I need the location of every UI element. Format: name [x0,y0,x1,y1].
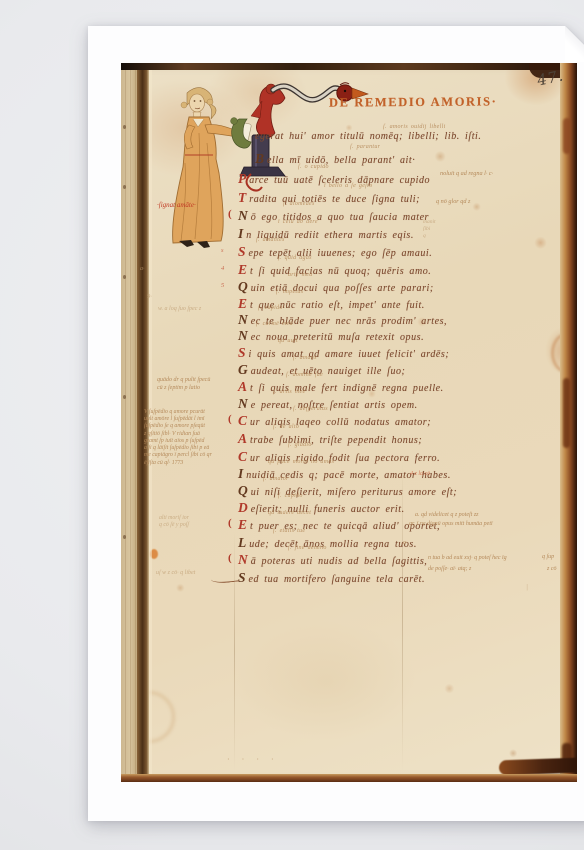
paraph-mark: ( [228,552,232,564]
interlinear-gloss: ſ. cupido [258,305,283,311]
margin-gloss: alti moriſ iorq cō ſē y poſſ [159,515,189,529]
product-backdrop: { "page": { "title": "DE REMEDIO AMORIS·… [0,0,584,850]
parchment-crease [234,531,235,771]
interlinear-gloss: ſ. carmē meū [256,321,293,327]
verse-line: Qui niſi deſierit, miſero periturus amor… [238,483,457,497]
line-initial: A [238,379,247,394]
line-initial: S [238,244,246,259]
margin-gloss: a· [140,266,145,274]
verse-line-text: radita qui totiēs te duce ſigna tuli; [249,194,420,205]
verse-line: 4Et ſi quid facias nū quoq; quēris amo.ſ… [238,262,431,276]
edge-streak [563,118,571,154]
verse-line: Si quis amat qd amare iuuet felicit' ard… [238,345,449,359]
line-initial: E [238,296,247,311]
line-initial: N [238,552,248,567]
margin-gloss: n tua b ad euit xxj· q poteſ hec īg [428,555,507,563]
paraph-mark: ( [228,208,232,220]
interlinear-gloss: ſ. ſine ueneno [288,545,327,551]
margin-gloss: V ſuſpēdio q amore pcurātuult amōre l ſu… [144,409,212,467]
guide-letter: 4 [221,265,225,272]
verse-line: 5Quin etiā docui qua poſſes arte parari;… [238,279,434,293]
print-shadow: 47. DE REMEDIO AMORIS· egerat hui' amor … [44,13,557,808]
page-title: DE REMEDIO AMORIS· [329,94,498,110]
margin-gloss-line: q cō ſē y poſſ [159,522,189,529]
verse-line: Atrabe ſublimi, triſte pependit honus;ſ.… [238,431,422,445]
interlinear-gloss: ſ. amans [293,355,317,361]
line-initial: N [238,328,248,343]
line-initial: I [238,466,243,481]
margin-gloss: o· [403,540,408,548]
margin-gloss-line: ſuſpēdio ſe q amore pſeqūt [144,423,212,430]
line-initial: E [238,262,247,277]
verse-line: (Nō ego titidos a quo tua ſaucia materſ.… [238,208,429,222]
interlinear-gloss: ſ. o cupido [298,164,329,170]
line-initial: I [238,226,243,241]
verse-line: Tradita qui totiēs te duce ſigna tuli;ī … [238,190,420,204]
interlinear-gloss: qd pacē morte nō amas [268,459,334,465]
guide-letter: 5 [221,282,225,289]
interlinear-gloss: qd ludere decet [268,510,311,516]
manuscript-photo: 47. DE REMEDIO AMORIS· egerat hui' amor … [121,63,577,782]
line-initial: S [238,570,246,585]
paraph-mark: ( [228,517,232,529]
margin-gloss-line: z qſitiō ſibl· V ridian ſuā [144,431,212,438]
sewing-dot [123,535,126,539]
book-top-edge [121,63,577,70]
sewing-dot [123,275,126,279]
interlinear-gloss: ſ. dominē ſue [286,372,323,378]
interlinear-gloss: ſ. amantes [256,237,285,243]
margin-gloss: quādo dr q pulit ſpecūcū z ſeptim p lati… [157,377,210,392]
margin-gloss: a. qd videlicet q z poteſt zz [415,512,479,520]
margin-gloss: q nō glor qd z [436,198,470,206]
interlinear-gloss: ſ. parantur [350,144,380,150]
pen-flourish [211,574,240,584]
line-initial: B [255,151,264,166]
interlinear-gloss: ſ. artis mee [273,389,305,395]
margin-gloss: q ſup [542,554,554,562]
margin-gloss: z cō [547,566,557,574]
line-initial: Q [238,483,248,498]
margin-gloss: 4 z la cō [410,471,430,479]
interlinear-gloss: ſ. impetus [276,289,303,295]
edge-streak [563,378,570,448]
verse-line: At ſi quis male fert indignē regna puell… [238,379,444,393]
margin-gloss-line: manit [423,219,436,226]
interlinear-gloss: ſ. de alto [273,424,299,430]
interlinear-gloss: ſ. cupido [278,493,303,499]
margin-gloss-line: cū z ſeptim p latio [157,385,210,393]
margin-gloss: 9· [147,293,152,301]
sewing-dot [123,395,126,399]
line-initial: P [238,171,246,186]
interlinear-gloss: arte mea [288,272,313,278]
verse-line-text: trabe ſublimi, triſte pependit honus; [250,435,422,446]
line-initial: L [238,535,246,550]
verse-line: egerat hui' amor titulū nomēq; libelli; … [255,131,481,145]
interlinear-gloss: ī celū ab aere [278,219,318,225]
verse-line-text: ec noua preteritū muſa retexit opus. [251,332,424,343]
verse-line-text: ella mī uidō, bella parant' ait· [267,155,415,166]
verse-line-text: egerat hui' amor titulū nomēq; libelli; … [255,131,481,142]
margin-gloss: noluit q ad regna l· c· [440,170,493,178]
line-initial: G [238,362,248,377]
interlinear-gloss: ſ. amator [263,476,289,482]
verse-line-text: t ſi quid facias nū quoq; quēris amo. [250,266,431,277]
verse-line-text: epe tepēt alii iuuenes; ego ſēp amaui. [249,248,433,259]
verse-line: (Cur aliqis laqeo collū nodatus amator;ſ… [238,413,431,427]
verse-line-text: e pereat, noſtre ſentiat artis opem. [251,400,418,411]
interlinear-gloss: ſ. gladio [288,442,312,448]
line-initial: Q [238,279,248,294]
interlinear-gloss: ſ. quid agas [278,255,312,261]
woman-figure [173,88,252,248]
margin-gloss-line: ēſiſta cū ql· 1773 [144,460,212,467]
interlinear-gloss: ſ. deſperatus [293,406,328,412]
margin-gloss-line: quādo dr q pulit ſpecū [157,377,210,385]
margin-gloss: uſ w z cō· q libet [156,570,195,578]
margin-gloss-line: ſibi [423,226,436,233]
margin-gloss-line: me capiāgro ī percl ſibi cō qr [144,452,212,459]
line-initial: D [238,500,248,515]
margin-gloss-line: q [423,233,436,240]
interlinear-gloss: ſ. diomedes [283,201,315,207]
line-initial: C [238,449,247,464]
margin-gloss: manitſibiq [423,219,436,240]
line-initial: N [238,396,248,411]
line-initial: N [238,208,248,223]
faint-dot-marks: · · · · [227,755,279,764]
margin-gloss: ·ſignat amāte· [157,201,196,210]
margin-gloss: w. a loq ſuo ſpec z [158,306,201,314]
interlinear-gloss: ſ. amoris ouidij libelli [383,124,446,130]
interlinear-gloss: ſ. etatis tue [273,528,305,534]
margin-gloss: | [526,583,528,592]
line-initial: A [238,431,247,446]
photo-mount: 47. DE REMEDIO AMORIS· egerat hui' amor … [88,26,584,821]
verse-line: sSepe tepēt alii iuuenes; ego ſēp amaui.… [238,244,432,258]
verse-line: Bella mī uidō, bella parant' ait·ſ. para… [255,151,415,165]
line-initial: E [238,517,247,532]
guide-letter: s [221,247,224,254]
verse-line: Deſierit; nulli funeris auctor erit.ſ. c… [238,500,405,514]
paraph-mark: ( [228,413,232,425]
line-initial: T [238,190,246,205]
book-bottom-edge [121,774,577,782]
verse-line: (Nā poteras uti nudis ad bella ſagittis,… [238,552,427,566]
verse-line-text: ā poteras uti nudis ad bella ſagittis, [251,556,428,567]
interlinear-gloss: qd uult [278,338,298,344]
verse-line: Lude; decēt ānos mollia regna tuos.ſ. et… [238,535,417,549]
margin-gloss: de poſſe· aī· atq; z [428,566,471,574]
interlinear-gloss: ī bello a ſe geſto [324,183,372,189]
margin-gloss: qr, ī ne dignū opus mitt humāa petī [409,521,493,529]
line-initial: S [238,345,246,360]
verse-line-text: ude; decēt ānos mollia regna tuos. [249,539,417,550]
verse-line-text: i quis amat qd amare iuuet felicit' ardē… [249,349,450,360]
verse-line-text: ed tua mortifero ſanguine tela carēt. [249,574,426,585]
verse-line: Nec noua preteritū muſa retexit opus.ſ. … [238,328,424,342]
verse-line: Sed tua mortifero ſanguine tela carēt. [238,570,425,584]
line-initial: N [238,312,248,327]
page-curl-corner [565,26,584,62]
ink-smudge [499,758,577,776]
line-initial: C [238,413,247,428]
verse-line-text: audeat, et uēto nauiget ille ſuo; [251,366,406,377]
